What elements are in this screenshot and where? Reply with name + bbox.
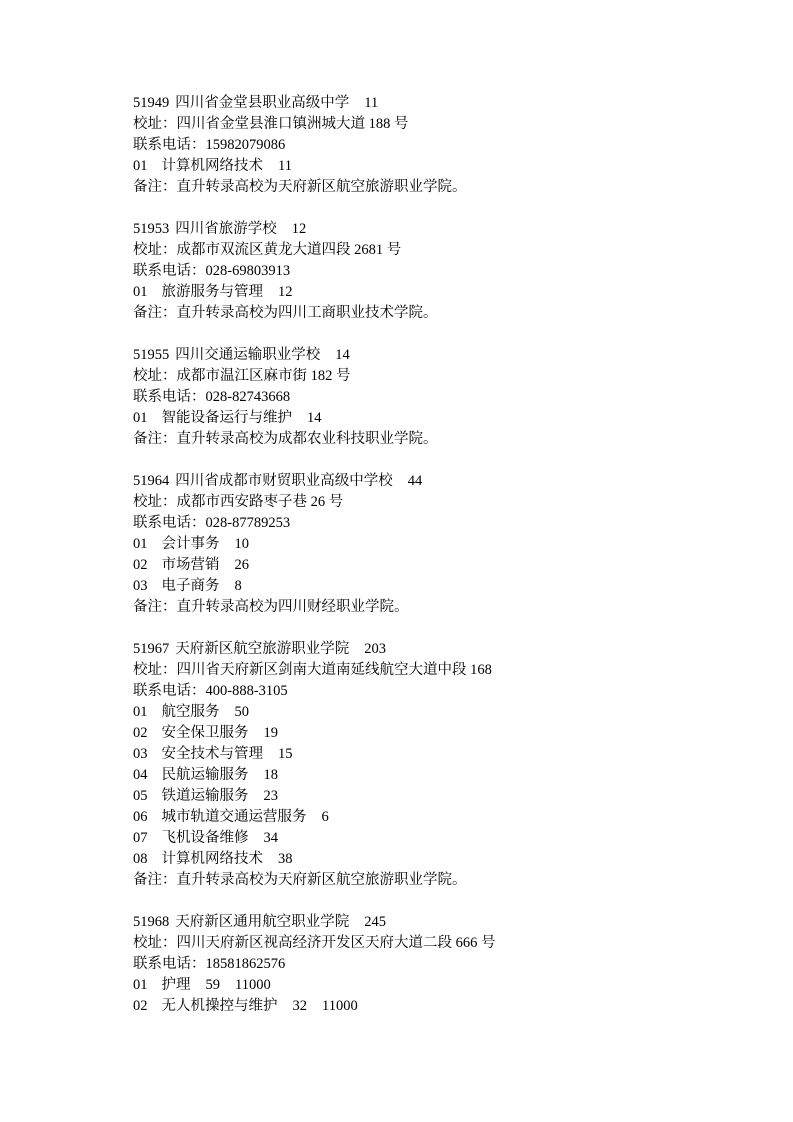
school-total-count: 44: [408, 473, 423, 489]
phone-label: 联系电话：: [133, 137, 206, 153]
school-code: 51968: [133, 914, 169, 930]
major-tuition: 11000: [235, 977, 271, 993]
school-total-count: 203: [364, 641, 386, 657]
major-name: 电子商务: [162, 578, 220, 594]
school-name: 四川省旅游学校: [175, 221, 277, 237]
major-name: 民航运输服务: [162, 767, 249, 783]
note-value: 直升转录高校为天府新区航空旅游职业学院。: [177, 872, 467, 888]
major-name: 航空服务: [162, 704, 220, 720]
major-line: 07飞机设备维修34: [133, 828, 673, 849]
note-value: 直升转录高校为成都农业科技职业学院。: [177, 431, 438, 447]
major-count: 38: [278, 851, 293, 867]
major-number: 04: [133, 767, 148, 783]
school-name: 四川交通运输职业学校: [175, 347, 320, 363]
address-value: 四川省金堂县淮口镇洲城大道 188 号: [177, 116, 409, 132]
major-count: 26: [235, 557, 250, 573]
major-number: 06: [133, 809, 148, 825]
major-name: 安全技术与管理: [162, 746, 264, 762]
school-block: 51953四川省旅游学校12 校址：成都市双流区黄龙大道四段 2681 号 联系…: [133, 219, 673, 324]
major-number: 03: [133, 578, 148, 594]
school-title-line: 51955四川交通运输职业学校14: [133, 345, 673, 366]
school-code: 51949: [133, 95, 169, 111]
phone-label: 联系电话：: [133, 515, 206, 531]
address-value: 四川天府新区视高经济开发区天府大道二段 666 号: [177, 935, 496, 951]
major-count: 19: [264, 725, 279, 741]
school-total-count: 14: [335, 347, 350, 363]
major-count: 8: [235, 578, 242, 594]
major-count: 34: [264, 830, 279, 846]
major-name: 铁道运输服务: [162, 788, 249, 804]
major-count: 59: [206, 977, 221, 993]
school-phone-line: 联系电话：18581862576: [133, 954, 673, 975]
phone-value: 028-87789253: [206, 515, 291, 531]
school-name: 天府新区航空旅游职业学院: [175, 641, 349, 657]
major-line: 01护理5911000: [133, 975, 673, 996]
address-value: 成都市西安路枣子巷 26 号: [177, 494, 344, 510]
note-label: 备注：: [133, 599, 177, 615]
major-number: 05: [133, 788, 148, 804]
major-line: 01航空服务50: [133, 702, 673, 723]
school-block: 51967天府新区航空旅游职业学院203 校址：四川省天府新区剑南大道南延线航空…: [133, 639, 673, 891]
address-label: 校址：: [133, 116, 177, 132]
phone-label: 联系电话：: [133, 389, 206, 405]
major-line: 04民航运输服务18: [133, 765, 673, 786]
phone-label: 联系电话：: [133, 683, 206, 699]
major-count: 10: [235, 536, 250, 552]
school-name: 天府新区通用航空职业学院: [175, 914, 349, 930]
major-count: 14: [307, 410, 322, 426]
school-note-line: 备注：直升转录高校为四川财经职业学院。: [133, 597, 673, 618]
address-label: 校址：: [133, 242, 177, 258]
school-note-line: 备注：直升转录高校为天府新区航空旅游职业学院。: [133, 177, 673, 198]
major-line: 02无人机操控与维护3211000: [133, 996, 673, 1017]
school-block: 51955四川交通运输职业学校14 校址：成都市温江区麻市街 182 号 联系电…: [133, 345, 673, 450]
school-phone-line: 联系电话：028-82743668: [133, 387, 673, 408]
major-line: 01计算机网络技术11: [133, 156, 673, 177]
major-number: 02: [133, 998, 148, 1014]
major-number: 08: [133, 851, 148, 867]
major-line: 08计算机网络技术38: [133, 849, 673, 870]
school-code: 51955: [133, 347, 169, 363]
major-count: 23: [264, 788, 279, 804]
major-name: 城市轨道交通运营服务: [162, 809, 307, 825]
major-number: 07: [133, 830, 148, 846]
address-label: 校址：: [133, 494, 177, 510]
major-line: 02市场营销26: [133, 555, 673, 576]
school-phone-line: 联系电话：028-87789253: [133, 513, 673, 534]
major-line: 01智能设备运行与维护14: [133, 408, 673, 429]
school-code: 51967: [133, 641, 169, 657]
note-label: 备注：: [133, 305, 177, 321]
major-number: 01: [133, 284, 148, 300]
major-number: 03: [133, 746, 148, 762]
school-block: 51968天府新区通用航空职业学院245 校址：四川天府新区视高经济开发区天府大…: [133, 912, 673, 1017]
note-value: 直升转录高校为四川财经职业学院。: [177, 599, 409, 615]
major-line: 01会计事务10: [133, 534, 673, 555]
phone-value: 400-888-3105: [206, 683, 288, 699]
address-value: 四川省天府新区剑南大道南延线航空大道中段 168: [177, 662, 492, 678]
school-phone-line: 联系电话：028-69803913: [133, 261, 673, 282]
school-title-line: 51968天府新区通用航空职业学院245: [133, 912, 673, 933]
school-address-line: 校址：四川天府新区视高经济开发区天府大道二段 666 号: [133, 933, 673, 954]
major-name: 护理: [162, 977, 191, 993]
school-address-line: 校址：成都市双流区黄龙大道四段 2681 号: [133, 240, 673, 261]
major-name: 安全保卫服务: [162, 725, 249, 741]
major-name: 会计事务: [162, 536, 220, 552]
major-name: 无人机操控与维护: [162, 998, 278, 1014]
major-line: 02安全保卫服务19: [133, 723, 673, 744]
school-title-line: 51953四川省旅游学校12: [133, 219, 673, 240]
major-name: 市场营销: [162, 557, 220, 573]
address-value: 成都市温江区麻市街 182 号: [177, 368, 351, 384]
school-name: 四川省金堂县职业高级中学: [175, 95, 349, 111]
school-address-line: 校址：四川省天府新区剑南大道南延线航空大道中段 168: [133, 660, 673, 681]
school-code: 51953: [133, 221, 169, 237]
major-number: 02: [133, 725, 148, 741]
major-name: 计算机网络技术: [162, 158, 264, 174]
major-number: 01: [133, 158, 148, 174]
phone-value: 15982079086: [206, 137, 286, 153]
school-title-line: 51949四川省金堂县职业高级中学11: [133, 93, 673, 114]
note-value: 直升转录高校为四川工商职业技术学院。: [177, 305, 438, 321]
major-name: 飞机设备维修: [162, 830, 249, 846]
major-tuition: 11000: [322, 998, 358, 1014]
address-label: 校址：: [133, 368, 177, 384]
school-address-line: 校址：成都市温江区麻市街 182 号: [133, 366, 673, 387]
address-label: 校址：: [133, 935, 177, 951]
school-title-line: 51964四川省成都市财贸职业高级中学校44: [133, 471, 673, 492]
school-block: 51949四川省金堂县职业高级中学11 校址：四川省金堂县淮口镇洲城大道 188…: [133, 93, 673, 198]
phone-label: 联系电话：: [133, 263, 206, 279]
major-number: 01: [133, 704, 148, 720]
major-count: 15: [278, 746, 293, 762]
major-line: 03安全技术与管理15: [133, 744, 673, 765]
major-name: 旅游服务与管理: [162, 284, 264, 300]
major-line: 03电子商务8: [133, 576, 673, 597]
school-note-line: 备注：直升转录高校为天府新区航空旅游职业学院。: [133, 870, 673, 891]
address-value: 成都市双流区黄龙大道四段 2681 号: [177, 242, 402, 258]
school-block: 51964四川省成都市财贸职业高级中学校44 校址：成都市西安路枣子巷 26 号…: [133, 471, 673, 618]
major-count: 11: [278, 158, 292, 174]
document-page: 51949四川省金堂县职业高级中学11 校址：四川省金堂县淮口镇洲城大道 188…: [0, 0, 793, 1017]
phone-value: 028-69803913: [206, 263, 291, 279]
school-name: 四川省成都市财贸职业高级中学校: [175, 473, 393, 489]
major-count: 32: [293, 998, 308, 1014]
school-code: 51964: [133, 473, 169, 489]
school-note-line: 备注：直升转录高校为四川工商职业技术学院。: [133, 303, 673, 324]
note-value: 直升转录高校为天府新区航空旅游职业学院。: [177, 179, 467, 195]
note-label: 备注：: [133, 872, 177, 888]
phone-value: 18581862576: [206, 956, 286, 972]
phone-value: 028-82743668: [206, 389, 291, 405]
school-total-count: 12: [292, 221, 307, 237]
major-number: 01: [133, 410, 148, 426]
major-line: 06城市轨道交通运营服务6: [133, 807, 673, 828]
major-count: 6: [322, 809, 329, 825]
major-count: 50: [235, 704, 250, 720]
school-note-line: 备注：直升转录高校为成都农业科技职业学院。: [133, 429, 673, 450]
school-title-line: 51967天府新区航空旅游职业学院203: [133, 639, 673, 660]
address-label: 校址：: [133, 662, 177, 678]
major-count: 18: [264, 767, 279, 783]
major-line: 05铁道运输服务23: [133, 786, 673, 807]
phone-label: 联系电话：: [133, 956, 206, 972]
note-label: 备注：: [133, 179, 177, 195]
school-phone-line: 联系电话：400-888-3105: [133, 681, 673, 702]
note-label: 备注：: [133, 431, 177, 447]
school-phone-line: 联系电话：15982079086: [133, 135, 673, 156]
major-number: 02: [133, 557, 148, 573]
school-address-line: 校址：成都市西安路枣子巷 26 号: [133, 492, 673, 513]
major-name: 智能设备运行与维护: [162, 410, 293, 426]
school-total-count: 245: [364, 914, 386, 930]
major-number: 01: [133, 977, 148, 993]
major-number: 01: [133, 536, 148, 552]
school-total-count: 11: [364, 95, 378, 111]
school-address-line: 校址：四川省金堂县淮口镇洲城大道 188 号: [133, 114, 673, 135]
major-line: 01旅游服务与管理12: [133, 282, 673, 303]
major-name: 计算机网络技术: [162, 851, 264, 867]
major-count: 12: [278, 284, 293, 300]
